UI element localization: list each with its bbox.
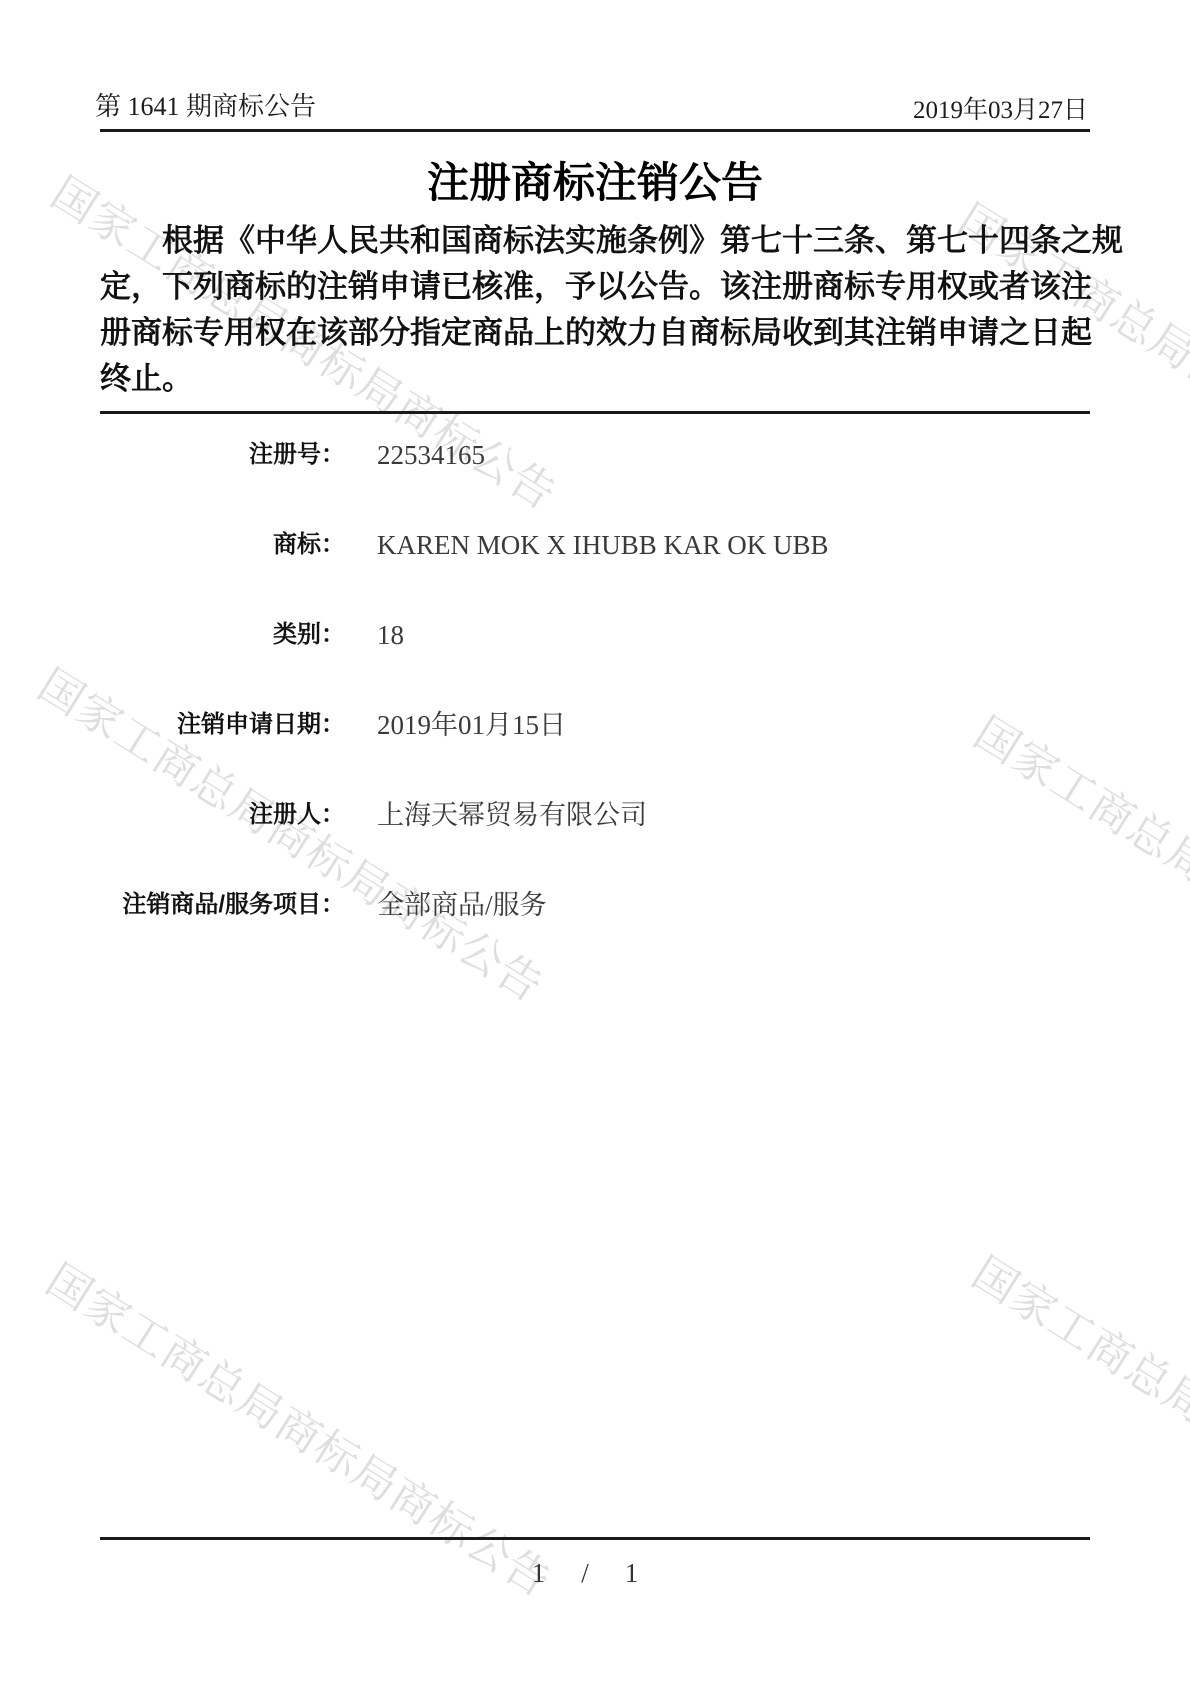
header-date: 2019年03月27日 — [913, 90, 1088, 126]
field-row-cancelled-goods: 注销商品/服务项目： 全部商品/服务 — [100, 887, 1090, 923]
header-issue-label: 第 1641 期商标公告 — [95, 86, 316, 123]
field-label: 注册人： — [100, 797, 345, 833]
field-value: 22534165 — [377, 437, 485, 473]
field-row-registration-number: 注册号： 22534165 — [100, 437, 1090, 473]
body-line: 册商标专用权在该部分指定商品上的效力自商标局收到其注销申请之日起 — [100, 310, 1092, 356]
header-divider — [100, 129, 1090, 132]
field-label: 注销申请日期： — [100, 707, 345, 743]
body-divider — [100, 411, 1090, 414]
field-value: 2019年01月15日 — [377, 707, 566, 743]
field-row-registrant: 注册人： 上海天幂贸易有限公司 — [100, 797, 1090, 833]
field-label: 注册号： — [100, 437, 345, 473]
field-value: 全部商品/服务 — [377, 887, 547, 923]
body-line: 定，下列商标的注销申请已核准，予以公告。该注册商标专用权或者该注 — [100, 264, 1092, 310]
field-value: KAREN MOK X IHUBB KAR OK UBB — [377, 527, 829, 563]
body-line: 终止。 — [100, 356, 1092, 402]
page-number-separator: / — [581, 1558, 589, 1589]
field-value: 上海天幂贸易有限公司 — [377, 797, 647, 833]
current-page-number: 1 — [532, 1558, 546, 1589]
footer-divider — [100, 1537, 1090, 1540]
field-row-class: 类别： 18 — [100, 617, 1090, 653]
page-title: 注册商标注销公告 — [100, 150, 1090, 210]
body-line: 根据《中华人民共和国商标法实施条例》第七十三条、第七十四条之规 — [100, 218, 1092, 264]
field-label: 类别： — [100, 617, 345, 653]
page-number: 1 / 1 — [95, 1558, 1075, 1589]
field-value: 18 — [377, 617, 404, 653]
field-label: 商标： — [100, 527, 345, 563]
content-layer: 第 1641 期商标公告 2019年03月27日 注册商标注销公告 根据《中华人… — [0, 0, 1190, 1684]
field-label: 注销商品/服务项目： — [100, 887, 345, 923]
body-paragraph: 根据《中华人民共和国商标法实施条例》第七十三条、第七十四条之规 定，下列商标的注… — [100, 218, 1092, 402]
total-page-number: 1 — [625, 1558, 639, 1589]
field-row-cancellation-date: 注销申请日期： 2019年01月15日 — [100, 707, 1090, 743]
announcement-page: 国家工商总局商标局商标公告 国家工商总局商标局商标公告 国家工商总局商标局商标公… — [0, 0, 1190, 1684]
field-row-trademark: 商标： KAREN MOK X IHUBB KAR OK UBB — [100, 527, 1090, 563]
